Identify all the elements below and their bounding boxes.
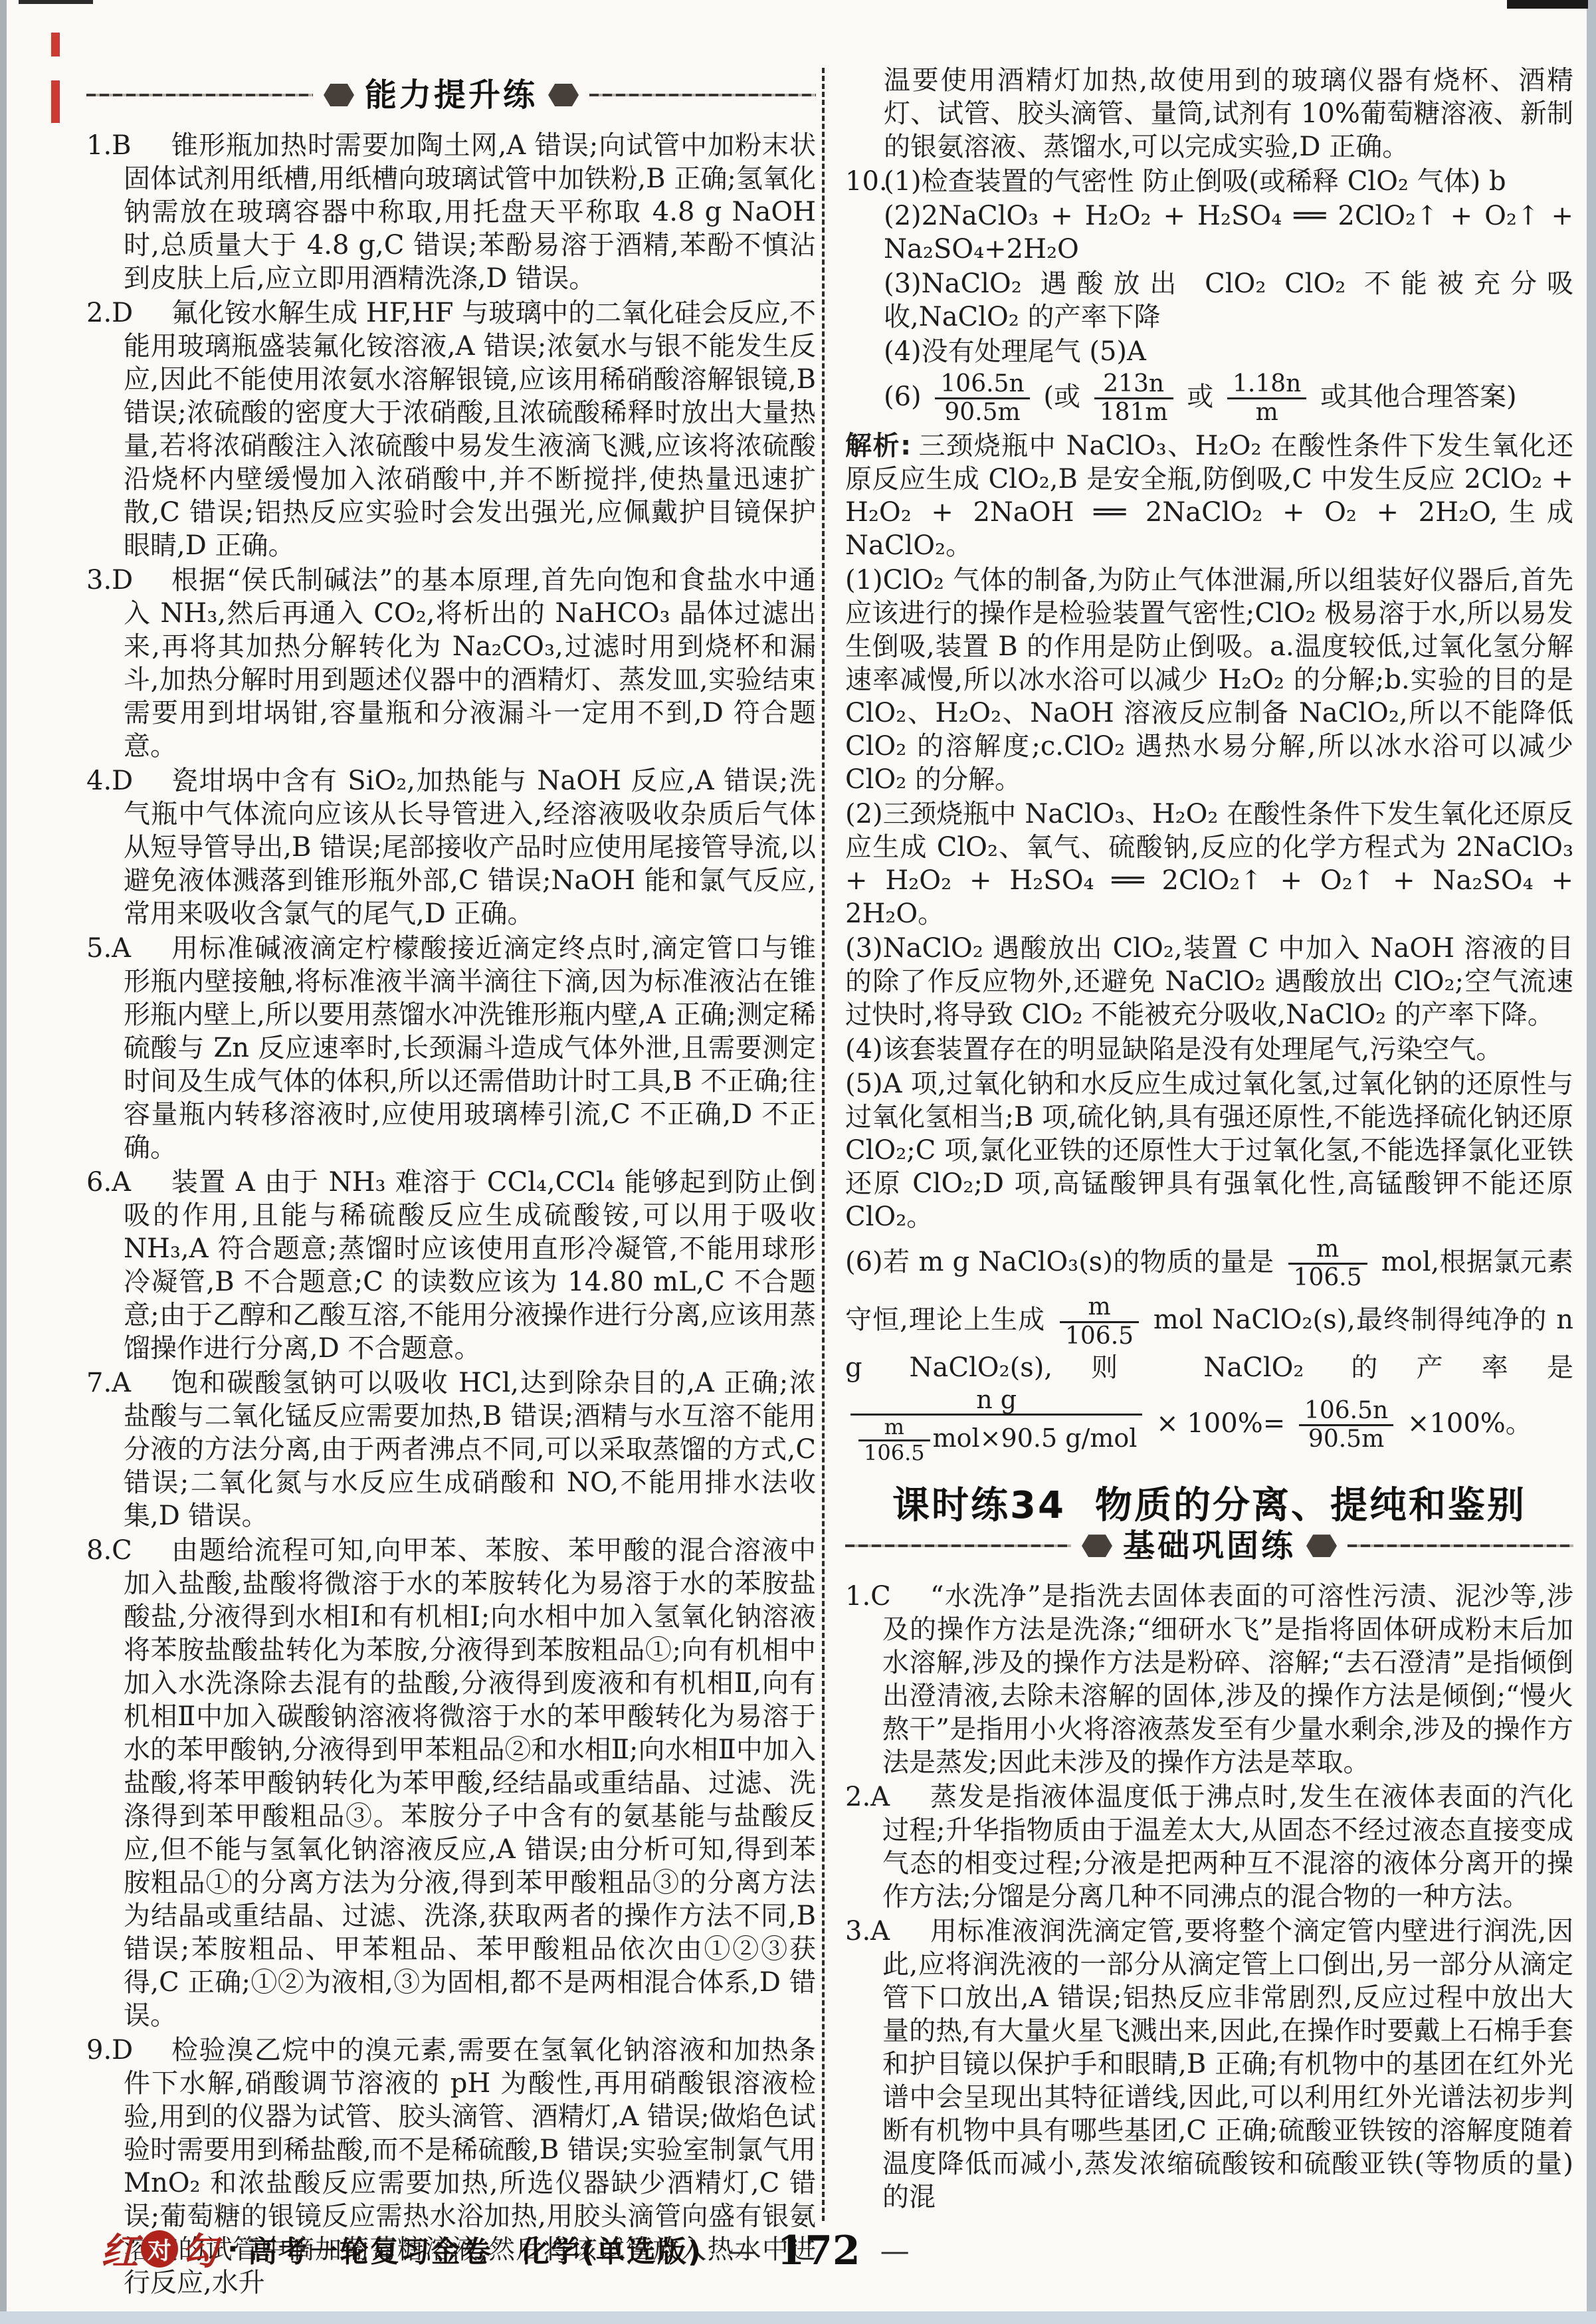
answer-number: 8.C xyxy=(86,1534,132,1567)
answer-number: 2.A xyxy=(845,1780,890,1814)
scan-edge-bottom xyxy=(0,2311,1596,2324)
answer-number: 6.A xyxy=(86,1166,131,1199)
answer-number: 4.D xyxy=(86,764,133,797)
answer-number: 3.D xyxy=(86,564,133,597)
answer-text: 氟化铵水解生成 HF,HF 与玻璃中的二氧化硅会反应,不能用玻璃瓶盛装氟化铵溶液… xyxy=(124,298,816,561)
red-margin-mark xyxy=(51,33,60,56)
answer-number: 2.D xyxy=(86,296,133,330)
answer-number: 5.A xyxy=(86,932,131,965)
answer-item-10: 10. (1)检查装置的气密性 防止倒吸(或稀释 ClO₂ 气体) b (2)2… xyxy=(884,165,1573,428)
answer6-prefix: (6) xyxy=(884,381,922,412)
scan-mark-topright xyxy=(1507,0,1588,9)
fraction: 106.5n90.5m xyxy=(935,371,1029,427)
answer-text: “水洗净”是指洗去固体表面的可溶性污渍、泥沙等,涉及的操作方法是洗涤;“细研水飞… xyxy=(882,1581,1573,1778)
fraction: 213n181m xyxy=(1094,371,1173,427)
scan-mark-topleft xyxy=(19,0,93,4)
answer-item: 3.D 根据“侯氏制碱法”的基本原理,首先向饱和食盐水中通入 NH₃,然后再通入… xyxy=(86,564,816,763)
answer-part-4-5: (4)没有处理尾气 (5)A xyxy=(884,335,1573,368)
analysis-paragraph: (5)A 项,过氧化钠和水反应生成过氧化氢,过氧化钠的还原性与过氧化氢相当;B … xyxy=(845,1067,1573,1233)
answer-text: 蒸发是指液体温度低于沸点时,发生在液体表面的汽化过程;升华指物质由于温差太大,从… xyxy=(882,1782,1573,1912)
footer-separator-dot: · xyxy=(227,2232,239,2266)
book-series-title: 高考一轮复习金卷 xyxy=(248,2228,492,2270)
lesson-section-title: 课时练34 物质的分离、提纯和鉴别 xyxy=(845,1489,1573,1523)
analysis-paragraph: (2)三颈烧瓶中 NaClO₃、H₂O₂ 在酸性条件下发生氧化还原反应生成 Cl… xyxy=(845,797,1573,930)
fraction: m106.5 xyxy=(1288,1236,1367,1292)
answer6-text: 或其他合理答案) xyxy=(1320,381,1517,412)
banner-line xyxy=(86,94,313,96)
analysis-label: 解析: xyxy=(845,431,911,461)
fraction: m106.5 xyxy=(1060,1294,1139,1350)
answer-number: 1.C xyxy=(845,1580,891,1613)
logo-char-gou: 勾 xyxy=(181,2222,218,2275)
answer-text: 根据“侯氏制碱法”的基本原理,首先向饱和食盐水中通入 NH₃,然后再通入 CO₂… xyxy=(124,565,816,762)
answer-text: 瓷坩埚中含有 SiO₂,加热能与 NaOH 反应,A 错误;洗气瓶中气体流向应该… xyxy=(124,766,816,929)
answer-item: 5.A 用标准碱液滴定柠檬酸接近滴定终点时,滴定管口与锥形瓶内壁接触,将标准液半… xyxy=(86,932,816,1164)
answer-text: 用标准液润洗滴定管,要将整个滴定管内壁进行润洗,因此,应将润洗液的一部分从滴定管… xyxy=(882,1916,1573,2212)
yield-fraction: n g m106.5mol×90.5 g/mol xyxy=(850,1386,1142,1465)
section-banner-basic: 基础巩固练 xyxy=(845,1529,1573,1562)
answer-text: 锥形瓶加热时需要加陶土网,A 错误;向试管中加粉末状固体试剂用纸槽,用纸槽向玻璃… xyxy=(124,130,816,294)
brand-logo: 红 对 勾 xyxy=(101,2222,218,2275)
answer-item: 2.D 氟化铵水解生成 HF,HF 与玻璃中的二氧化硅会反应,不能用玻璃瓶盛装氟… xyxy=(86,296,816,562)
answer-item: 1.B 锥形瓶加热时需要加陶土网,A 错误;向试管中加粉末状固体试剂用纸槽,用纸… xyxy=(86,129,816,295)
red-margin-mark xyxy=(51,80,60,123)
banner-diamond-icon xyxy=(1082,1534,1112,1557)
answer-item: 4.D 瓷坩埚中含有 SiO₂,加热能与 NaOH 反应,A 错误;洗气瓶中气体… xyxy=(86,764,816,930)
answer-item: 8.C 由题给流程可知,向甲苯、苯胺、苯甲酸的混合溶液中加入盐酸,盐酸将微溶于水… xyxy=(86,1534,816,2032)
answer-item: 2.A 蒸发是指液体温度低于沸点时,发生在液体表面的汽化过程;升华指物质由于温差… xyxy=(845,1780,1573,1913)
right-column: 温要使用酒精灯加热,故使用到的玻璃仪器有烧杯、酒精灯、试管、胶头滴管、量筒,试剂… xyxy=(845,64,1573,2215)
banner-diamond-icon xyxy=(548,84,579,106)
analysis-paragraph: (3)NaClO₂ 遇酸放出 ClO₂,装置 C 中加入 NaOH 溶液的目的除… xyxy=(845,932,1573,1031)
analysis-text: (6)若 m g NaClO₃(s)的物质的量是 xyxy=(845,1246,1274,1277)
column-divider xyxy=(822,68,825,2221)
page-number-dash: — xyxy=(728,2234,757,2268)
fraction: 1.18nm xyxy=(1227,371,1306,427)
denominator-units: mol×90.5 g/mol xyxy=(933,1424,1138,1453)
answer-text: 装置 A 由于 NH₃ 难溶于 CCl₄,CCl₄ 能够起到防止倒吸的作用,且能… xyxy=(124,1167,816,1364)
answer-text: 由题给流程可知,向甲苯、苯胺、苯甲酸的混合溶液中加入盐酸,盐酸将微溶于水的苯胺转… xyxy=(124,1535,816,2031)
answer-number: 9.D xyxy=(86,2034,133,2067)
answer-part-3: (3)NaClO₂ 遇酸放出 ClO₂ ClO₂ 不能被充分吸收,NaClO₂ … xyxy=(884,267,1573,334)
answer-item: 7.A 饱和碳酸氢钠可以吸收 HCl,达到除杂目的,A 正确;浓盐酸与二氧化锰反… xyxy=(86,1366,816,1532)
page-number: 172 xyxy=(777,2228,860,2274)
section-banner-ability: 能力提升练 xyxy=(86,78,816,112)
analysis-text: 100%= xyxy=(1187,1408,1285,1439)
answer-item: 1.C “水洗净”是指洗去固体表面的可溶性污渍、泥沙等,涉及的操作方法是洗涤;“… xyxy=(845,1580,1573,1779)
analysis-text: × xyxy=(1156,1408,1179,1439)
answer-text: 饱和碳酸氢钠可以吸收 HCl,达到除杂目的,A 正确;浓盐酸与二氧化锰反应需要加… xyxy=(124,1368,816,1531)
lesson-title: 物质的分离、提纯和鉴别 xyxy=(1095,1489,1526,1523)
answer-number: 10. xyxy=(845,165,888,198)
lesson-number: 课时练34 xyxy=(892,1489,1066,1523)
analysis-paragraph-fractions: (6)若 m g NaClO₃(s)的物质的量是 m106.5 mol,根据氯元… xyxy=(845,1235,1573,1467)
answer-item: 6.A 装置 A 由于 NH₃ 难溶于 CCl₄,CCl₄ 能够起到防止倒吸的作… xyxy=(86,1166,816,1365)
analysis-text: 三颈烧瓶中 NaClO₃、H₂O₂ 在酸性条件下发生氧化还原反应生成 ClO₂,… xyxy=(845,431,1573,561)
logo-char-hong: 红 xyxy=(101,2222,138,2275)
banner-line xyxy=(1347,1544,1573,1547)
banner-line xyxy=(589,94,816,96)
analysis-text: ×100%。 xyxy=(1407,1408,1532,1439)
banner-line xyxy=(845,1544,1071,1547)
analysis-intro: 解析:三颈烧瓶中 NaClO₃、H₂O₂ 在酸性条件下发生氧化还原反应生成 Cl… xyxy=(845,429,1573,562)
workbook-page: 能力提升练 1.B 锥形瓶加热时需要加陶土网,A 错误;向试管中加粉末状固体试剂… xyxy=(0,0,1596,2324)
answer-item: 3.A 用标准液润洗滴定管,要将整个滴定管内壁进行润洗,因此,应将润洗液的一部分… xyxy=(845,1915,1573,2214)
answer-number: 3.A xyxy=(845,1915,890,1948)
section-banner-title: 基础巩固练 xyxy=(1123,1529,1296,1562)
fraction: m106.5 xyxy=(858,1416,930,1465)
item9-continuation: 温要使用酒精灯加热,故使用到的玻璃仪器有烧杯、酒精灯、试管、胶头滴管、量筒,试剂… xyxy=(884,64,1573,163)
fraction: 106.5n90.5m xyxy=(1299,1398,1393,1453)
answer-part-6-fractions: (6) 106.5n90.5m (或 213n181m 或 1.18nm 或其他… xyxy=(884,370,1573,428)
yield-denominator: m106.5mol×90.5 g/mol xyxy=(850,1416,1142,1465)
answer-part-1: (1)检查装置的气密性 防止倒吸(或稀释 ClO₂ 气体) b xyxy=(884,165,1573,198)
answer-text: 用标准碱液滴定柠檬酸接近滴定终点时,滴定管口与锥形瓶内壁接触,将标准液半滴半滴往… xyxy=(124,933,816,1163)
analysis-paragraph: (4)该套装置存在的明显缺陷是没有处理尾气,污染空气。 xyxy=(845,1033,1573,1066)
answer-number: 7.A xyxy=(86,1366,131,1400)
section-banner-title: 能力提升练 xyxy=(365,78,538,112)
answer6-text: 或 xyxy=(1187,381,1213,412)
left-column: 能力提升练 1.B 锥形瓶加热时需要加陶土网,A 错误;向试管中加粉末状固体试剂… xyxy=(86,74,816,2301)
logo-circle-dui: 对 xyxy=(141,2230,178,2268)
book-subject: 化学(单选版) xyxy=(520,2228,702,2270)
answer6-text: (或 xyxy=(1043,381,1080,412)
page-number-dash: — xyxy=(880,2234,910,2268)
page-number-block: — 172 — xyxy=(706,2228,932,2274)
answer-part-2-equation: (2)2NaClO₃ + H₂O₂ + H₂SO₄ ══ 2ClO₂↑ + O₂… xyxy=(884,199,1573,266)
analysis-block: 解析:三颈烧瓶中 NaClO₃、H₂O₂ 在酸性条件下发生氧化还原反应生成 Cl… xyxy=(845,429,1573,1467)
scan-edge-right xyxy=(1587,0,1596,2324)
page-footer: 红 对 勾 · 高考一轮复习金卷 化学(单选版) xyxy=(101,2222,702,2275)
answer-number: 1.B xyxy=(86,129,132,162)
scan-edge-left xyxy=(0,0,7,2324)
banner-diamond-icon xyxy=(1306,1534,1337,1557)
analysis-paragraph: (1)ClO₂ 气体的制备,为防止气体泄漏,所以组装好仪器后,首先应该进行的操作… xyxy=(845,564,1573,796)
banner-diamond-icon xyxy=(324,84,354,106)
